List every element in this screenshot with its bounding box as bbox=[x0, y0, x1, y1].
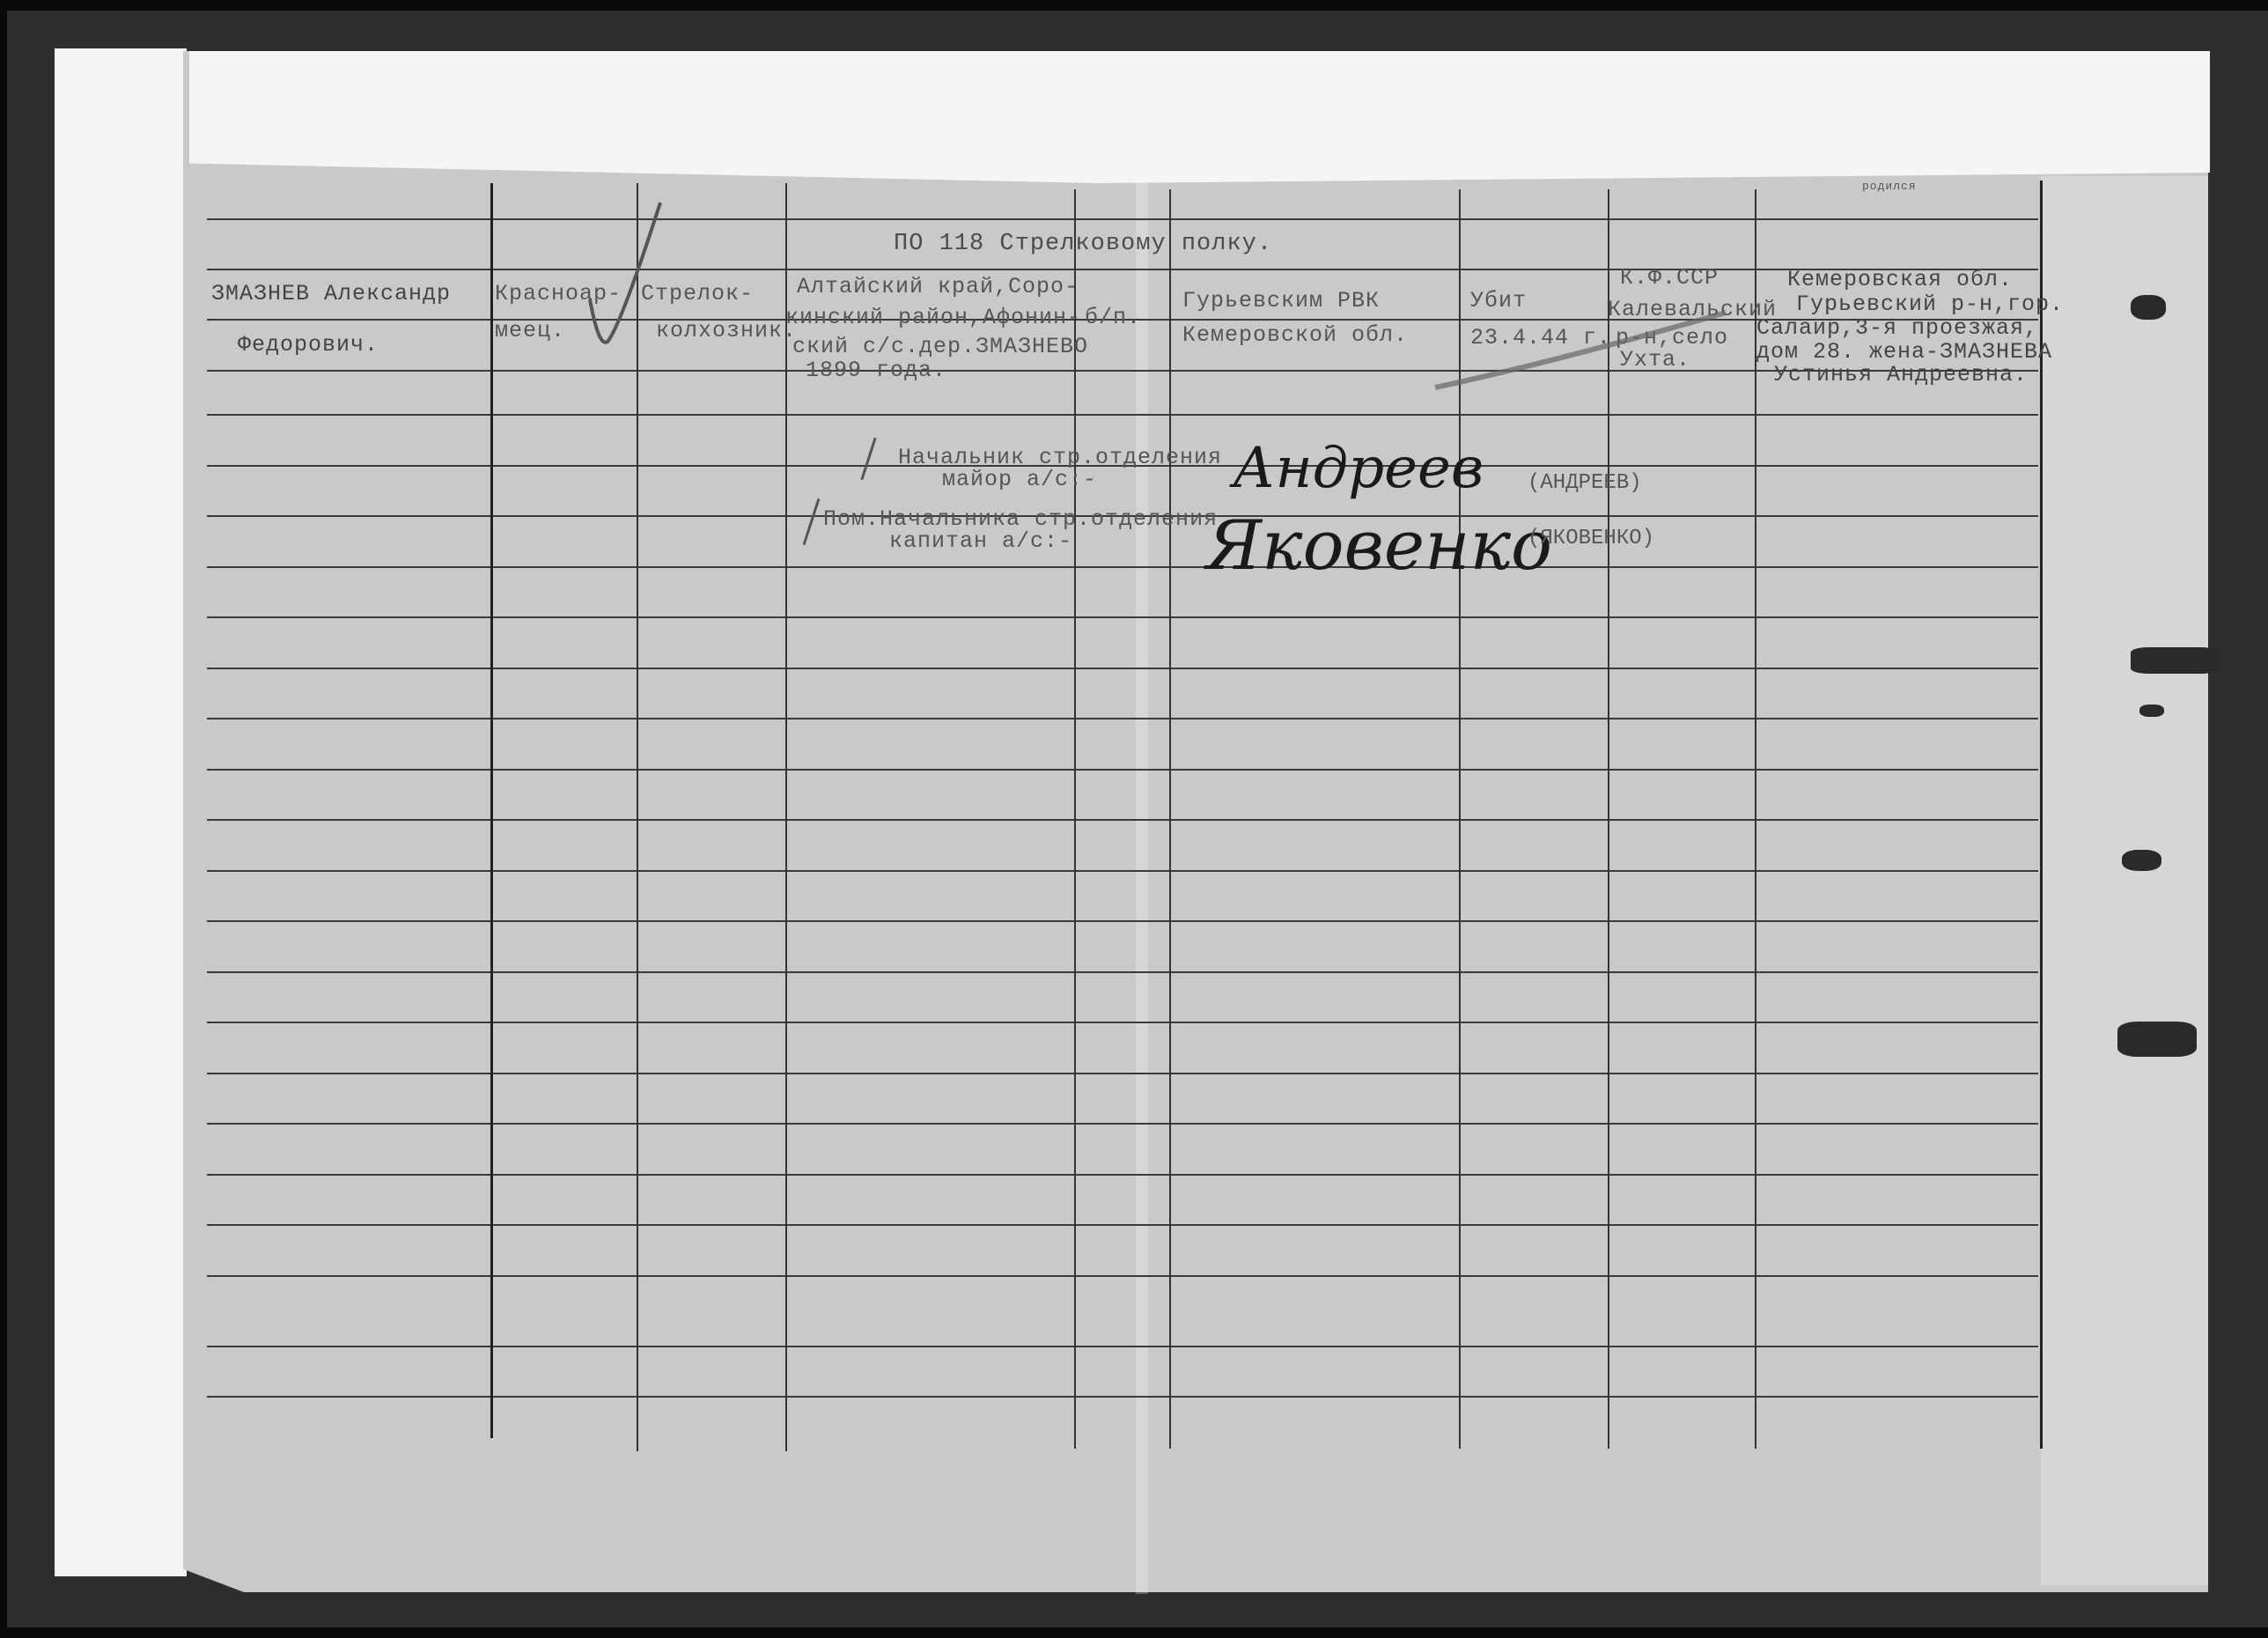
assistant-signature: Яковенко bbox=[1206, 506, 1552, 586]
assistant-title-line2: капитан а/с:- bbox=[889, 528, 1072, 555]
mount-paper-left bbox=[55, 48, 187, 1576]
tape-strip-top bbox=[189, 51, 2210, 183]
chief-title-line2: майор а/с:- bbox=[942, 467, 1097, 493]
check-mark-icon bbox=[581, 194, 669, 352]
name-line2: Федорович. bbox=[238, 331, 379, 358]
party-status: б/п. bbox=[1085, 304, 1141, 331]
birthplace-line4: 1899 года. bbox=[806, 357, 946, 384]
chief-name: (АНДРЕЕВ) bbox=[1528, 471, 1642, 495]
sheet-right-margin bbox=[2041, 176, 2208, 1585]
fold-line bbox=[1136, 176, 1148, 1594]
scan-border-bottom bbox=[0, 1627, 2268, 1638]
chief-signature: Андреев bbox=[1233, 436, 1484, 501]
position-line2: колхозник. bbox=[656, 317, 797, 344]
paper-damage-hole bbox=[2131, 647, 2219, 674]
name-line1: ЗМАЗНЕВ Александр bbox=[211, 280, 451, 307]
paper-damage-hole bbox=[2117, 1022, 2197, 1057]
drafted-by-line1: Гурьевским РВК bbox=[1182, 287, 1380, 314]
paper-damage-hole bbox=[2131, 295, 2166, 320]
tape-caption: родился bbox=[1862, 180, 1917, 193]
relatives-line1: Кемеровская обл. bbox=[1787, 266, 2013, 293]
relatives-line5: Устинья Андреевна. bbox=[1774, 361, 2028, 388]
rank-line2: меец. bbox=[495, 317, 565, 344]
scan-border-left bbox=[0, 0, 7, 1638]
assistant-name: (ЯКОВЕНКО) bbox=[1528, 527, 1654, 550]
paper-damage-hole bbox=[2139, 705, 2164, 717]
drafted-by-line2: Кемеровской обл. bbox=[1182, 321, 1408, 349]
scan-border-top bbox=[0, 0, 2268, 11]
paper-damage-hole bbox=[2122, 850, 2161, 871]
birthplace-line2: кинский район,Афонин- bbox=[785, 304, 1081, 331]
pen-stroke-mark bbox=[1426, 299, 1743, 396]
burial-line1: К.Ф.ССР bbox=[1620, 264, 1719, 291]
birthplace-line1: Алтайский край,Соро- bbox=[797, 273, 1079, 300]
unit-title: ПО 118 Стрелковому полку. bbox=[894, 231, 1272, 257]
